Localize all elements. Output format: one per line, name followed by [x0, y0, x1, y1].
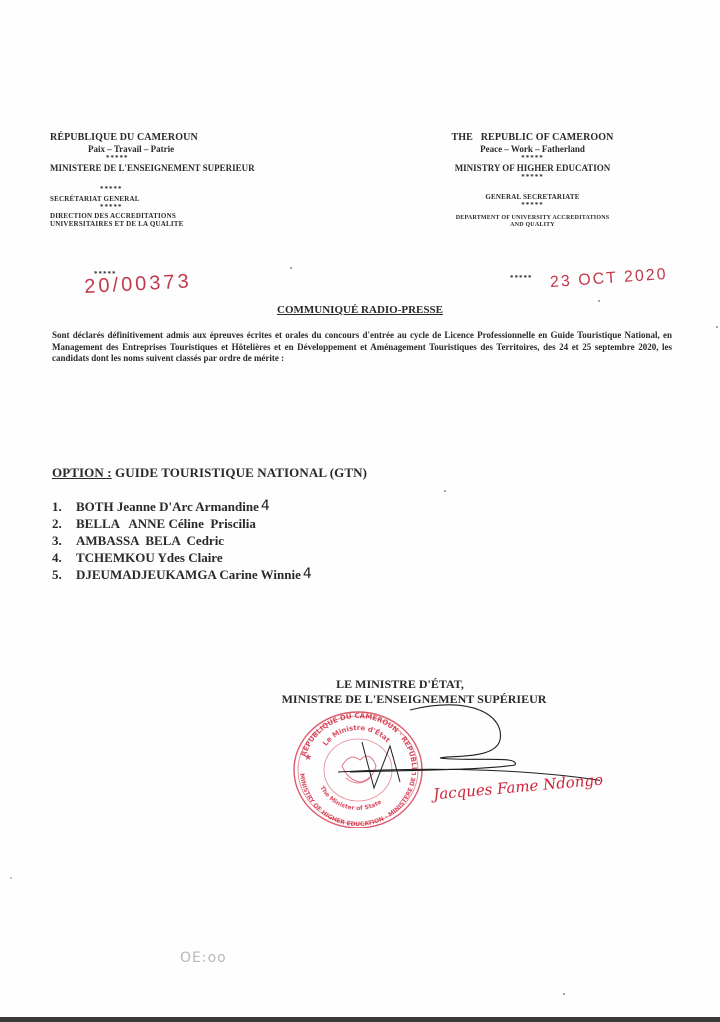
list-item: 2. BELLA ANNE Céline Priscilia	[52, 515, 312, 532]
scan-speck	[444, 490, 446, 492]
reference-number-stamp: 20/00373	[84, 270, 192, 299]
scan-speck	[563, 993, 565, 995]
option-label: OPTION :	[52, 465, 112, 480]
scan-speck	[10, 877, 12, 879]
candidate-list: 1. BOTH Jeanne D'Arc Armandine 4 2. BELL…	[52, 498, 312, 583]
stars-divider: *****	[430, 173, 635, 181]
header-right: THE REPUBLIC OF CAMEROON Peace – Work – …	[430, 132, 635, 229]
ministry-en: MINISTRY OF HIGHER EDUCATION	[430, 163, 635, 173]
option-heading: OPTION : GUIDE TOURISTIQUE NATIONAL (GTN…	[52, 465, 367, 481]
candidate-name: BELLA ANNE Céline Priscilia	[76, 515, 256, 532]
scan-speck	[716, 326, 718, 328]
scan-edge	[0, 1017, 720, 1022]
motto-fr: Paix – Travail – Patrie	[50, 144, 310, 154]
stars-divider: *****	[50, 154, 310, 162]
list-item: 3. AMBASSA BELA Cedric	[52, 532, 312, 549]
list-number: 5.	[52, 566, 76, 583]
signatory-title-line1: LE MINISTRE D'ÉTAT,	[300, 677, 500, 692]
stars-divider: *****	[50, 203, 310, 211]
stars-divider: *****	[430, 154, 635, 162]
secretariat-fr: SECRÉTARIAT GENERAL	[50, 195, 310, 203]
list-item: 1. BOTH Jeanne D'Arc Armandine 4	[52, 498, 312, 515]
direction-fr-line2: UNIVERSITAIRES ET DE LA QUALITE	[50, 220, 310, 228]
candidate-name: DJEUMADJEUKAMGA Carine Winnie	[76, 566, 301, 583]
list-number: 1.	[52, 498, 76, 515]
candidate-name: AMBASSA BELA Cedric	[76, 532, 224, 549]
country-fr: RÉPUBLIQUE DU CAMEROUN	[50, 132, 310, 144]
document-title: COMMUNIQUÉ RADIO-PRESSE	[0, 304, 720, 316]
stars-divider: *****	[430, 201, 635, 209]
scan-speck	[598, 300, 600, 302]
candidate-name: TCHEMKOU Ydes Claire	[76, 549, 223, 566]
option-name: GUIDE TOURISTIQUE NATIONAL (GTN)	[112, 465, 367, 480]
secretariat-en: GENERAL SECRETARIATE	[430, 193, 635, 201]
list-item: 4. TCHEMKOU Ydes Claire	[52, 549, 312, 566]
motto-en: Peace – Work – Fatherland	[430, 144, 635, 154]
direction-fr-line1: DIRECTION DES ACCREDITATIONS	[50, 212, 310, 220]
handwritten-mark: 4	[261, 498, 270, 515]
body-paragraph: Sont déclarés définitivement admis aux é…	[52, 330, 672, 365]
date-stamp: 23 OCT 2020	[550, 266, 669, 292]
header-left: RÉPUBLIQUE DU CAMEROUN Paix – Travail – …	[50, 132, 310, 228]
country-en: THE REPUBLIC OF CAMEROON	[430, 132, 635, 144]
handwritten-mark: 4	[303, 566, 312, 583]
department-en-line1: DEPARTMENT OF UNIVERSITY ACCREDITATIONS	[430, 215, 635, 222]
date-stars: *****	[510, 274, 533, 282]
scan-speck	[290, 267, 292, 269]
stars-divider: *****	[50, 185, 310, 193]
list-item: 5. DJEUMADJEUKAMGA Carine Winnie 4	[52, 566, 312, 583]
list-number: 4.	[52, 549, 76, 566]
list-number: 2.	[52, 515, 76, 532]
handwritten-note: OE:oo	[180, 950, 227, 966]
ministry-fr: MINISTERE DE L'ENSEIGNEMENT SUPERIEUR	[50, 163, 310, 173]
candidate-name: BOTH Jeanne D'Arc Armandine	[76, 498, 259, 515]
department-en-line2: AND QUALITY	[430, 222, 635, 229]
document-page: RÉPUBLIQUE DU CAMEROUN Paix – Travail – …	[0, 0, 720, 1022]
list-number: 3.	[52, 532, 76, 549]
